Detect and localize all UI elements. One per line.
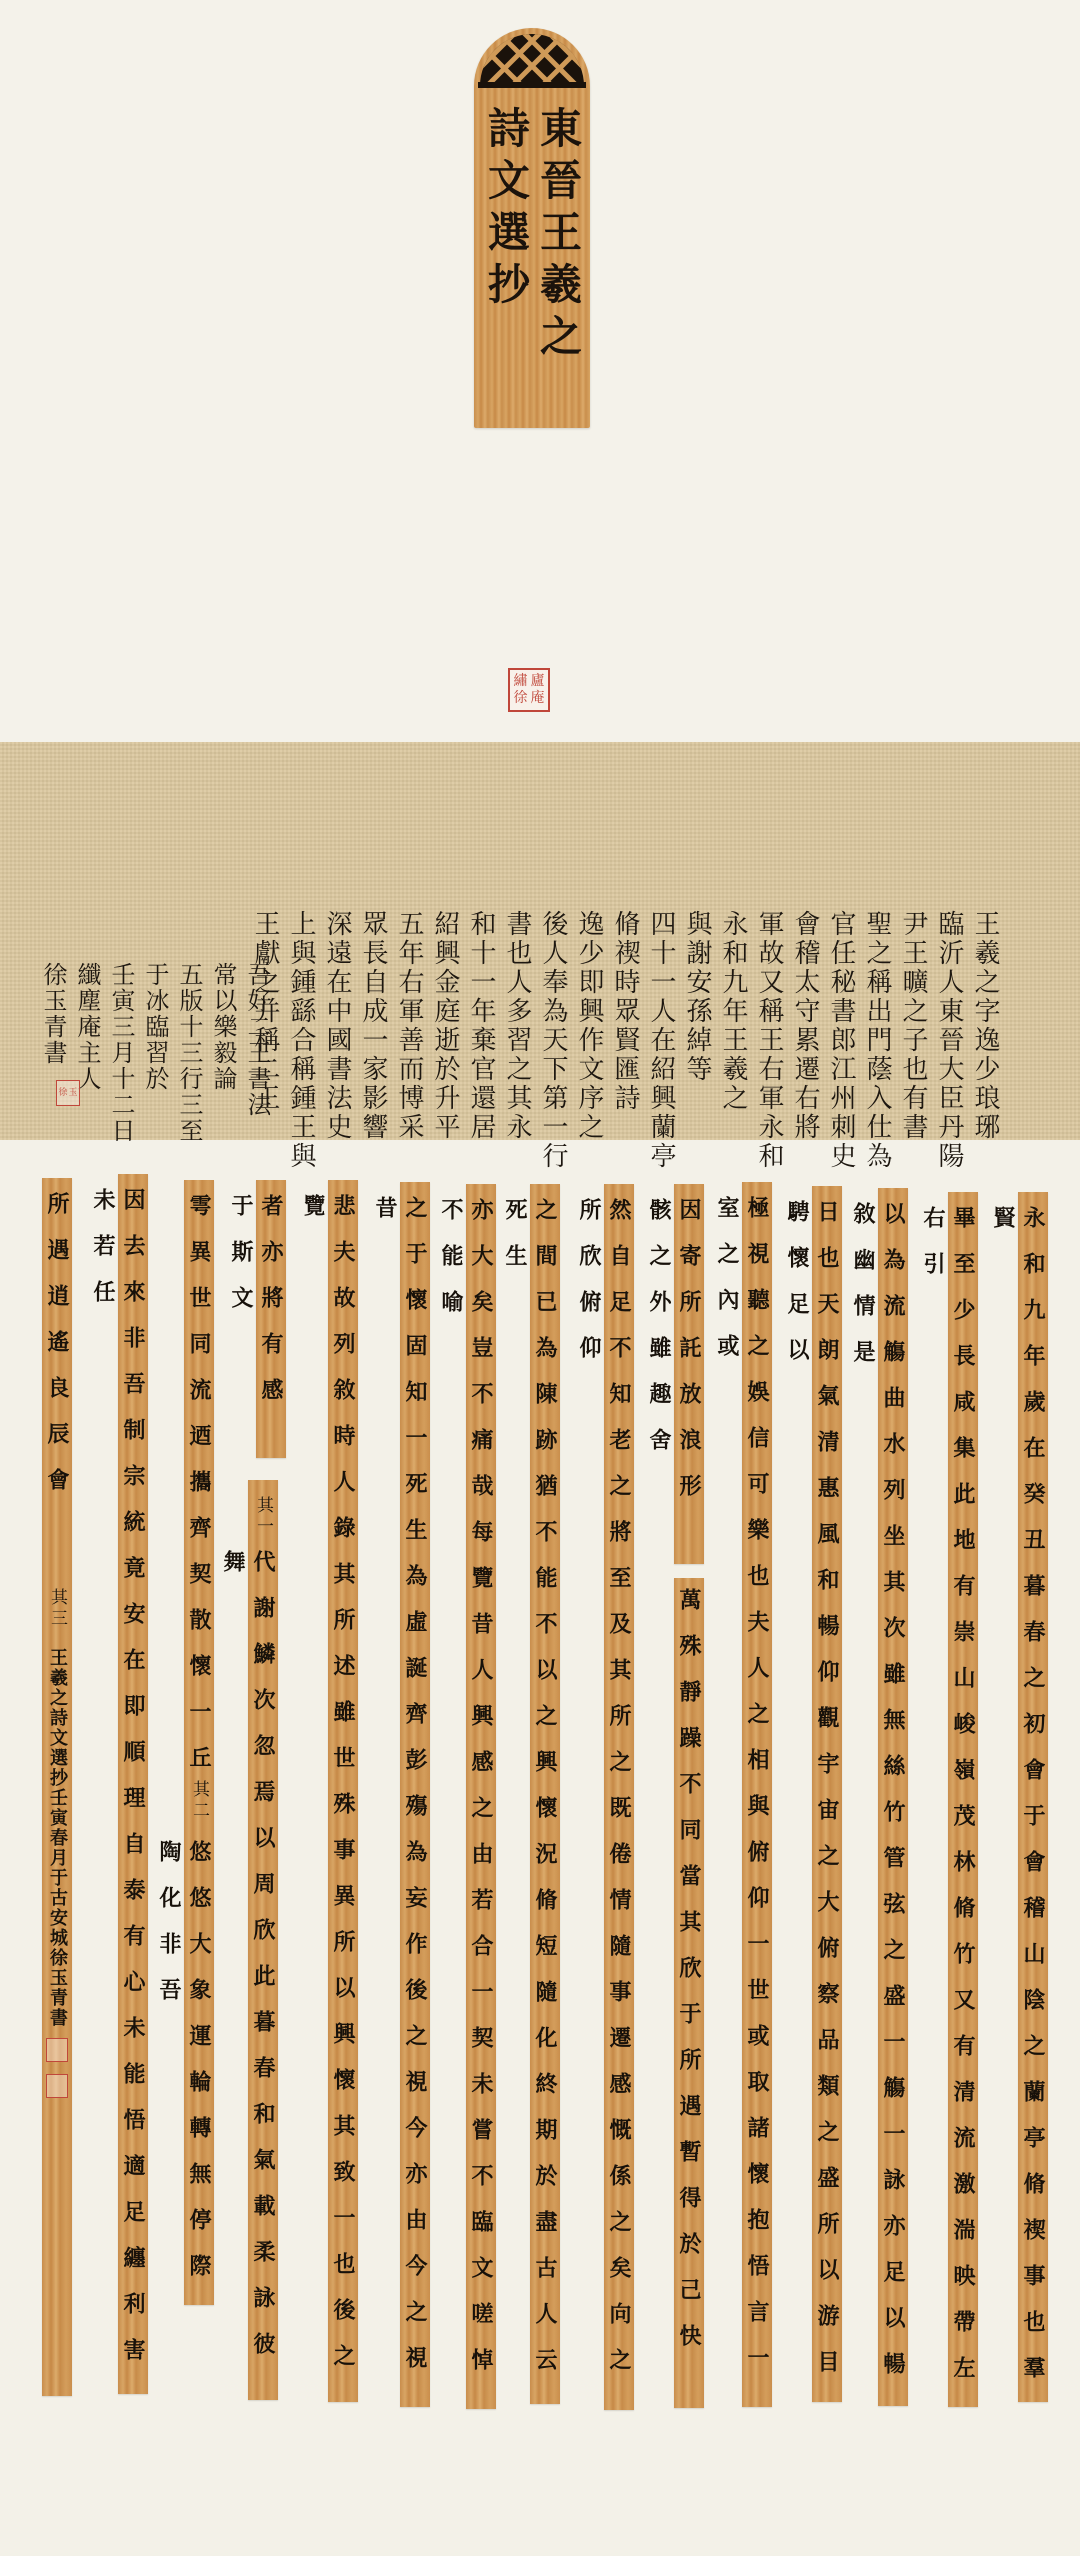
bamboo-slip-3: 以為流觴曲水列坐其次雖無絲竹管弦之盛一觴一詠亦足以暢敘幽情是 [878,1188,908,2406]
preface-column: 官任秘書郎江州刺史 [826,910,856,1171]
preface-column: 永和九年王羲之 [718,910,748,1171]
bamboo-slip-6-lower: 萬殊靜躁不同當其欣于所遇暫得於己快 [674,1578,704,2408]
colophon-column: 壬寅三月十二日 [106,962,136,1144]
slip-text: 所遇逍遙良辰會 [42,1192,72,1514]
slip-text: 永和九年歲在癸丑暮春之初會于會稽山陰之蘭亭脩禊事也羣賢 [1018,1206,1048,2402]
title-main-text: 東晉王羲之 [532,106,584,366]
bamboo-slip-15: 所遇逍遙良辰會 其三 王羲之詩文選抄壬寅春月于古安城徐玉青書 [42,1178,72,2396]
bamboo-slip-5: 極視聽之娛信可樂也夫人之相與俯仰一世或取諸懷抱悟言一室之內或 [742,1182,772,2407]
preface-column: 王羲之字逸少琅琊 [970,910,1000,1171]
seal-char: 庵 [529,690,546,707]
slip-text: 亦大矣豈不痛哉每覽昔人興感之由若合一契未嘗不臨文嗟悼不能喻 [466,1198,496,2409]
slip-text: 以為流觴曲水列坐其次雖無絲竹管弦之盛一觴一詠亦足以暢敘幽情是 [878,1202,908,2406]
preface-column: 尹王曠之子也有書 [898,910,928,1171]
poem-number-note: 其一 [248,1496,278,1538]
bamboo-slip-9: 亦大矣豈不痛哉每覽昔人興感之由若合一契未嘗不臨文嗟悼不能喻 [466,1184,496,2409]
title-line-1: 東晉王羲之 [530,106,586,366]
preface-text: 王羲之字逸少琅琊 臨沂人東晉大臣丹陽 尹王曠之子也有書 聖之稱出門蔭入仕為 官任… [250,910,1000,1171]
preface-column: 四十一人在紹興蘭亭 [646,910,676,1171]
preface-column: 上與鍾繇合稱鍾王與 [286,910,316,1171]
preface-column: 與謝安孫綽等 [682,910,712,1171]
slip-text: 然自足不知老之將至及其所之既倦情隨事遷感慨係之矣向之所欣俯仰 [604,1198,634,2410]
slip-text: 者亦將有感于斯文 [256,1194,286,1458]
bamboo-slip-13: 雩異世同流迺攜齊契散懷一丘 其二 悠悠大象運輪轉無停際陶化非吾 [184,1180,214,2305]
slip-text: 萬殊靜躁不同當其欣于所遇暫得於己快 [674,1588,704,2370]
colophon-column: 吾好二王書法 [242,962,272,1144]
bamboo-slip-4: 日也天朗氣清惠風和暢仰觀宇宙之大俯察品類之盛所以游目騁懷足以 [812,1186,842,2402]
colophon-seal: 徐 玉 [56,1080,80,1106]
title-line-2: 詩文選抄 [478,106,534,314]
signature-text: 王羲之詩文選抄壬寅春月于古安城徐玉青書 [42,1648,72,2028]
seal-char: 廬 [529,673,546,690]
preface-column: 眾長自成一家影響 [358,910,388,1171]
preface-column: 臨沂人東晉大臣丹陽 [934,910,964,1171]
silk-preface-band: 王羲之字逸少琅琊 臨沂人東晉大臣丹陽 尹王曠之子也有書 聖之稱出門蔭入仕為 官任… [0,742,1080,1140]
preface-column: 逸少即興作文序之 [574,910,604,1171]
bamboo-slip-2: 畢至少長咸集此地有崇山峻嶺茂林脩竹又有清流激湍映帶左右引 [948,1192,978,2407]
seal-char: 徐 [58,1088,68,1099]
preface-column: 深遠在中國書法史 [322,910,352,1171]
colophon-column: 纖塵庵主人 [72,962,102,1144]
preface-column: 和十一年棄官還居 [466,910,496,1171]
preface-column: 書也人多習之其永 [502,910,532,1171]
slip-seal-2 [46,2074,68,2098]
title-slip: 東晉王羲之 詩文選抄 [474,28,590,428]
seal-char: 玉 [68,1088,78,1099]
slip-text: 之于懷固知一死生為虛誕齊彭殤為妄作後之視今亦由今之視昔 [400,1196,430,2407]
poem-number-note: 其三 [42,1588,72,1630]
preface-column: 後人奉為天下第一行 [538,910,568,1171]
seal-char: 徐 [512,690,529,707]
top-seal-stamp: 繡 廬 徐 庵 [508,668,550,712]
bamboo-slip-14: 因去來非吾制宗統竟安在即順理自泰有心未能悟適足纏利害未若任 [118,1174,148,2394]
colophon-column: 徐玉青書 [38,962,68,1144]
preface-column: 聖之稱出門蔭入仕為 [862,910,892,1171]
slip-text: 代謝鱗次忽焉以周欣此暮春和氣載柔詠彼舞 [248,1550,278,2400]
poem-number-note: 其二 [184,1780,214,1822]
bamboo-slip-6-upper: 因寄所託放浪形骸之外雖趣舍 [674,1184,704,1564]
bamboo-slip-12-lower: 其一 代謝鱗次忽焉以周欣此暮春和氣載柔詠彼舞 [248,1480,278,2400]
colophon-text: 吾好二王書法 常以樂毅論 五版十三行三至 于冰臨習於 壬寅三月十二日 纖塵庵主人… [38,962,272,1144]
preface-column: 脩禊時眾賢匯詩 [610,910,640,1171]
slip-text: 悠悠大象運輪轉無停際陶化非吾 [184,1840,214,2305]
slip-text: 因去來非吾制宗統竟安在即順理自泰有心未能悟適足纏利害未若任 [118,1188,148,2394]
slip-text: 日也天朗氣清惠風和暢仰觀宇宙之大俯察品類之盛所以游目騁懷足以 [812,1200,842,2402]
preface-column: 會稽太守累遷右將 [790,910,820,1171]
bamboo-slip-11: 悲夫故列敘時人錄其所述雖世殊事異所以興懷其致一也後之覽 [328,1180,358,2402]
preface-column: 紹興金庭逝於升平 [430,910,460,1171]
bamboo-slip-1: 永和九年歲在癸丑暮春之初會于會稽山陰之蘭亭脩禊事也羣賢 [1018,1192,1048,2402]
title-sub-text: 詩文選抄 [480,106,532,314]
slip-text: 之間已為陳跡猶不能不以之興懷況脩短隨化終期於盡古人云死生 [530,1198,560,2404]
slip-text: 極視聽之娛信可樂也夫人之相與俯仰一世或取諸懷抱悟言一室之內或 [742,1196,772,2407]
slip-text: 因寄所託放浪形骸之外雖趣舍 [674,1198,704,1564]
bamboo-slip-12-upper: 者亦將有感于斯文 [256,1180,286,1458]
bamboo-slip-10: 之于懷固知一死生為虛誕齊彭殤為妄作後之視今亦由今之視昔 [400,1182,430,2407]
colophon-column: 五版十三行三至 [174,962,204,1144]
seal-char: 繡 [512,673,529,690]
colophon-column: 常以樂毅論 [208,962,238,1144]
slip-text: 悲夫故列敘時人錄其所述雖世殊事異所以興懷其致一也後之覽 [328,1194,358,2402]
preface-column: 五年右軍善而博采 [394,910,424,1171]
bamboo-slip-8: 之間已為陳跡猶不能不以之興懷況脩短隨化終期於盡古人云死生 [530,1184,560,2404]
preface-column: 軍故又稱王右軍永和 [754,910,784,1171]
slip-text: 畢至少長咸集此地有崇山峻嶺茂林脩竹又有清流激湍映帶左右引 [948,1206,978,2407]
slip-text: 雩異世同流迺攜齊契散懷一丘 [184,1194,214,1792]
colophon-column: 于冰臨習於 [140,962,170,1144]
bamboo-slip-7: 然自足不知老之將至及其所之既倦情隨事遷感慨係之矣向之所欣俯仰 [604,1184,634,2410]
slip-seal-1 [46,2038,68,2062]
